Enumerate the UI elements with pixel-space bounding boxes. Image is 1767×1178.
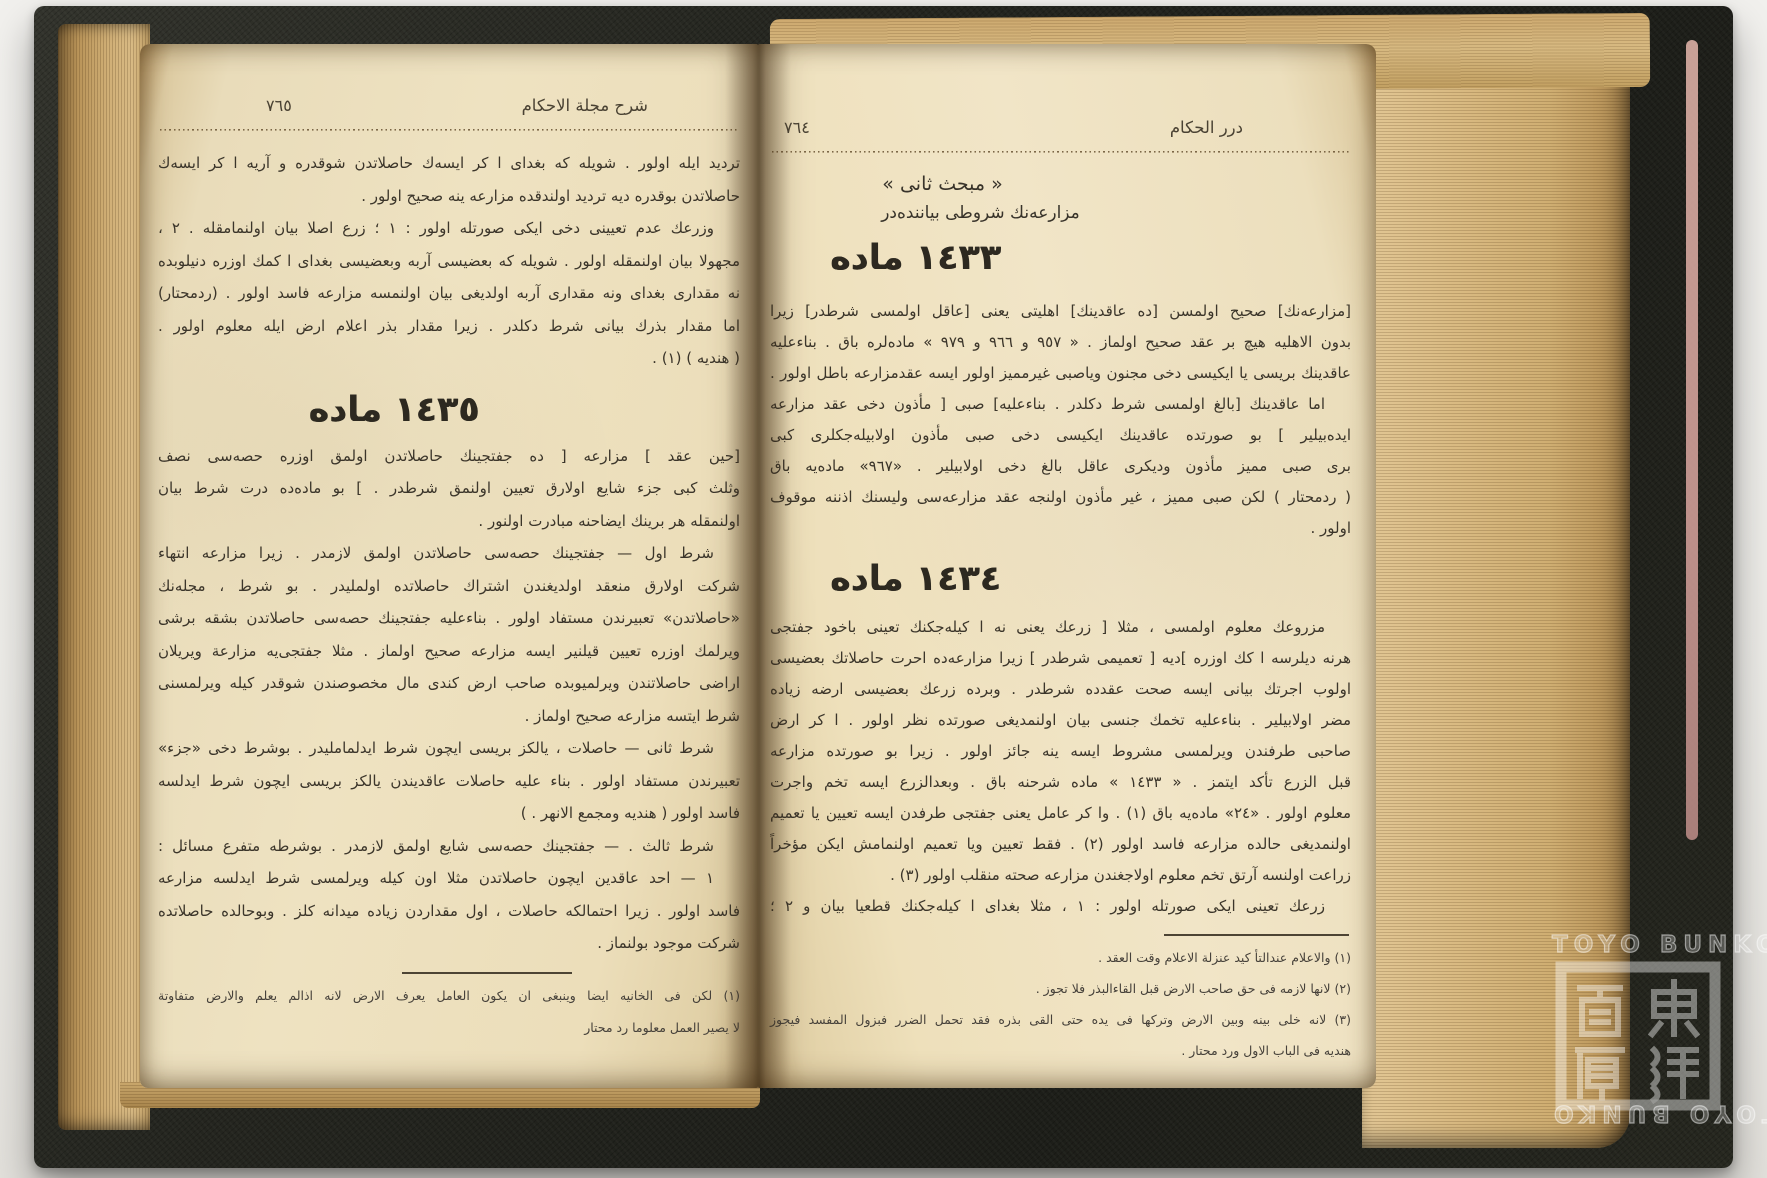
footnote-line: هنديه فى الباب الاول ورد محتار . [770, 1035, 1351, 1066]
text-line: اولور . [770, 513, 1351, 544]
text-line: بدون الاهليه هيچ بر عقد صحيح اولماز . « … [770, 327, 1351, 358]
text-line: وثلث كبى جزء شايع اولارق تعيين اولنمق شر… [158, 472, 740, 505]
text-line: اما عاقدينك [بالغ اولمسى شرط دكلدر . بنا… [770, 389, 1351, 420]
text-line: شرط ثالث . — جفتجينك حصه‌سى شايع اولمق ل… [158, 830, 740, 863]
open-pages: ٧٦٥ شرح مجلة الاحكام ترديد ايله اولور . … [140, 44, 1376, 1088]
footnote-line: (١) لكن فى الخانيه ايضا وينبغى ان يكون ا… [158, 980, 740, 1013]
text-line: ( هنديه ) (١) . [158, 342, 740, 375]
running-title-right: درر الحكام [1170, 118, 1243, 137]
page-number-right: ٧٦٤ [784, 118, 810, 137]
text-line: ١ — احد عاقدين ايچون حاصلاتدن مثلا اون ك… [158, 862, 740, 895]
text-line: ( ردمحتار ) لكن صبى مميز ، غير مأذون اول… [770, 482, 1351, 513]
text-line: وزرعك عدم تعيينى دخى ايكى صورتله اولور :… [158, 212, 740, 245]
text-line: شرط ثانى — حاصلات ، يالكز بريسى ايچون شر… [158, 732, 740, 765]
text-line: زرعك تعينى ايكى صورتله اولور : ١ ، مثلا … [770, 891, 1351, 922]
section-heading: « مبحث ثانى » [882, 173, 1002, 195]
text-line: قبل الزرع تأكد ايتمز . « ١٤٣٣ » ماده شرح… [770, 767, 1351, 798]
text-line: اولنمديغى حالده مزارعه فاسد اولور (٢) . … [770, 829, 1351, 860]
toyo-bunko-seal [1554, 960, 1722, 1112]
text-line: اراضى حاصلاتندن ويرلميوبده صاحب ارض كندى… [158, 667, 740, 700]
article-1434-body: مزروعك معلوم اولمسى ، مثلا [ زرعك يعنى ن… [770, 612, 1351, 922]
text-line: ايده‌بيلير ] بو صورتده عاقدينك ايكيسى دخ… [770, 420, 1351, 451]
left-intro-paragraph: ترديد ايله اولور . شويله كه بغداى ا كر ا… [158, 147, 740, 375]
article-1433-body: [مزارعه‌نك] صحيح اولمسن [ده عاقدينك] اهل… [770, 296, 1351, 544]
text-line: شرط ايتسه مزارعه صحيح اولماز . [158, 700, 740, 733]
footnote-rule-right [1164, 934, 1349, 936]
text-line: اولوب اجرتك بيانى ايسه صحت عقدده شرطدر .… [770, 674, 1351, 705]
section-subheading: مزارعه‌نك شروطى بيانندەدر [881, 203, 1080, 223]
text-line: [حين عقد ] مزارعه [ ده جفتجينك حاصلاتدن … [158, 440, 740, 473]
text-line: شركت موجود بولنماز . [158, 927, 740, 960]
text-line: اما مقدار بذرك بيانى شرط دكلدر . زيرا مق… [158, 310, 740, 343]
article-heading-1434: ١٤٣٤ ماده [830, 556, 1001, 603]
text-line: شرط اول — جفتجينك حصه‌سى حاصلاتدن اولمق … [158, 537, 740, 570]
book-photo: ٧٦٥ شرح مجلة الاحكام ترديد ايله اولور . … [0, 0, 1767, 1178]
text-line: برى صبى مميز مأذون وديكرى عاقل بالغ دخى … [770, 451, 1351, 482]
header-rule-right [772, 150, 1349, 153]
left-footnotes: (١) لكن فى الخانيه ايضا وينبغى ان يكون ا… [158, 980, 740, 1045]
seal-glyph-top-right [1652, 982, 1696, 1034]
text-line: صاحبى طرفندن ويرلمسى مشروط ايسه ينه جائز… [770, 736, 1351, 767]
right-footnotes: (١) والاعلام عندالتأ كيد عنزلة الاعلام و… [770, 942, 1351, 1066]
text-line: مجهولا بيان اولنمقله اولور . شويله كه بع… [158, 245, 740, 278]
footnote-line: (٢) لانها لازمه فى حق صاحب الارض قبل الق… [770, 973, 1351, 1004]
text-line: اولنمقله هر برينك ايضاحنه مبادرت اولنور … [158, 505, 740, 538]
text-line: [مزارعه‌نك] صحيح اولمسن [ده عاقدينك] اهل… [770, 296, 1351, 327]
seal-glyph-bottom-right [1654, 1050, 1696, 1100]
article-1435-body: [حين عقد ] مزارعه [ ده جفتجينك حاصلاتدن … [158, 440, 740, 960]
text-line: شركت اولارق منعقد اولديغندن اشتراك حاصلا… [158, 570, 740, 603]
text-line: «حاصلاتدن» تعبيرندن مستفاد اولور . بناءع… [158, 602, 740, 635]
watermark-text: TOYO BUNKO [1552, 932, 1767, 958]
page-header-left: ٧٦٥ شرح مجلة الاحكام [158, 94, 740, 124]
right-page: ٧٦٤ درر الحكام « مبحث ثانى » مزارعه‌نك ش… [758, 44, 1376, 1088]
text-line: فاسد اولور . زيرا احتمالكه حاصلات ، اول … [158, 895, 740, 928]
text-line: نه مقدارى بغداى ونه مقدارى آربه اولديغى … [158, 277, 740, 310]
text-line: فاسد اولور ( هنديه ومجمع الانهر . ) [158, 797, 740, 830]
footnote-line: (٣) لانه خلى بينه وبين الارض وتركها فى ي… [770, 1004, 1351, 1035]
page-header-right: ٧٦٤ درر الحكام [770, 116, 1351, 146]
left-page: ٧٦٥ شرح مجلة الاحكام ترديد ايله اولور . … [140, 44, 758, 1088]
article-heading-1435: ١٤٣٥ ماده [308, 387, 479, 434]
header-rule-left [160, 128, 738, 131]
footnote-line: (١) والاعلام عندالتأ كيد عنزلة الاعلام و… [770, 942, 1351, 973]
footnote-rule-left [402, 972, 572, 974]
page-edges-left [58, 24, 150, 1130]
text-line: حاصلاتدن بوقدره ديه ترديد اولندقده مزارع… [158, 180, 740, 213]
text-line: عاقدينك بريسى يا ايكيسى دخى مجنون وياصبى… [770, 358, 1351, 389]
text-line: ترديد ايله اولور . شويله كه بغداى ا كر ا… [158, 147, 740, 180]
seal-glyph-top-left [1580, 988, 1620, 1034]
text-line: مزروعك معلوم اولمسى ، مثلا [ زرعك يعنى ن… [770, 612, 1351, 643]
page-number-left: ٧٦٥ [266, 96, 292, 115]
text-line: ويرلمك اوزره تعيين قيلنير ايسه مزارعه صح… [158, 635, 740, 668]
seal-glyph-bottom-left [1578, 1050, 1622, 1098]
text-line: تعبيرندن مستفاد اولور . بناء عليه حاصلات… [158, 765, 740, 798]
footnote-line: لا يصير العمل معلوما رد محتار [158, 1012, 740, 1045]
watermark-text-flipped: TOYO BUNKO [1548, 1100, 1767, 1126]
text-line: هرنه ديلرسه ا كك اوزره ]ديه [ تعميمى شرط… [770, 643, 1351, 674]
endpaper-strip [1686, 40, 1698, 840]
text-line: معلوم اولور . «٢٤» ماده‌يه باق (١) . وا … [770, 798, 1351, 829]
article-heading-1433: ١٤٣٣ ماده [830, 235, 1001, 282]
text-line: زراعت اولنسه آرتق تخم معلوم اولاجغندن مز… [770, 860, 1351, 891]
running-title-left: شرح مجلة الاحكام [522, 96, 648, 115]
text-line: مضر اولابيلير . بناءعليه تخمك جنسى بيان … [770, 705, 1351, 736]
